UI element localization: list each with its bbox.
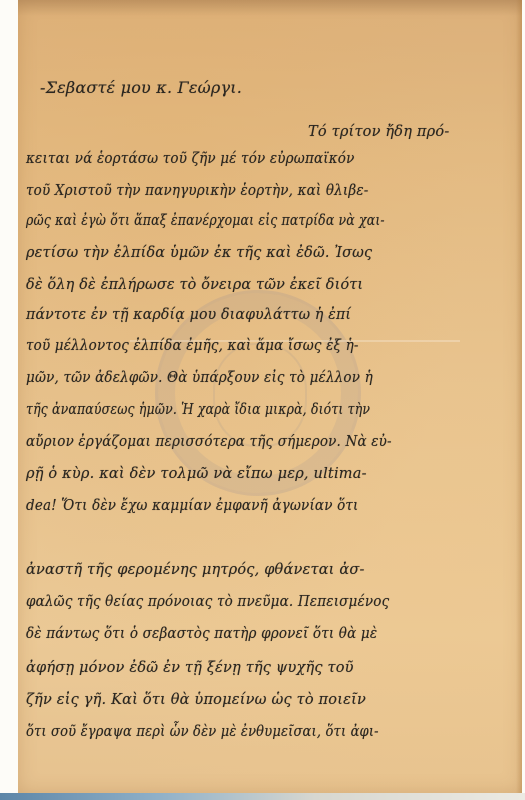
letter-line: ἀναστῆ τῆς φερομένης μητρός, φθάνεται ἀσ…	[26, 562, 365, 578]
letter-line: αὔριον ἐργάζομαι περισσότερα τῆς σήμερον…	[26, 434, 392, 450]
letter-line: τοῦ μέλλοντος ἐλπίδα ἐμῆς, καὶ ἅμα ἴσως …	[26, 338, 359, 354]
letter-line: dea! Ὅτι δὲν ἔχω καμμίαν ἐμφανῆ ἀγωνίαν …	[26, 498, 358, 514]
paper-top-shadow	[18, 0, 522, 16]
letter-line: ἀφήσῃ μόνον ἐδῶ ἐν τῇ ξένῃ τῆς ψυχῆς τοῦ	[26, 660, 354, 676]
letter-line: μῶν, τῶν ἀδελφῶν. Θὰ ὑπάρξουν εἰς τὸ μέλ…	[26, 370, 373, 386]
scan-bottom-edge	[0, 793, 525, 800]
paper-right-edge	[516, 0, 522, 793]
letter-line: πάντοτε ἐν τῇ καρδίᾳ μου διαφυλάττω ἡ ἐπ…	[26, 307, 351, 323]
letter-line: ὅτι σοῦ ἔγραψα περὶ ὧν δὲν μὲ ἐνθυμεῖσαι…	[26, 724, 379, 740]
letter-line: ρετίσω τὴν ἐλπίδα ὑμῶν ἐκ τῆς καὶ ἐδῶ. Ἰ…	[26, 245, 372, 261]
letter-line: τῆς ἀναπαύσεως ἡμῶν. Ἡ χαρὰ ἴδια μικρὰ, …	[26, 402, 370, 418]
letter-line: δὲ πάντως ὅτι ὁ σεβαστὸς πατὴρ φρονεῖ ὅτ…	[26, 626, 377, 642]
letter-line: τοῦ Χριστοῦ τὴν πανηγυρικὴν ἑορτὴν, καὶ …	[26, 183, 369, 199]
letter-line: κειται νά ἑορτάσω τοῦ ζῆν μέ τόν εὐρωπαϊ…	[26, 151, 354, 167]
stamp-inner-ring	[213, 343, 307, 447]
letter-line: ζῆν εἰς γῆ. Καὶ ὅτι θὰ ὑπομείνω ὡς τὸ πο…	[26, 692, 366, 708]
letter-line: φαλῶς τῆς θείας πρόνοιας τὸ πνεῦμα. Πεπε…	[26, 594, 389, 610]
letter-line: ρῇ ὁ κὺρ. καὶ δὲν τολμῶ νὰ εἴπω μερ, ult…	[26, 466, 367, 482]
letter-line: δὲ ὅλη δὲ ἐπλήρωσε τὸ ὄνειρα τῶν ἐκεῖ δι…	[26, 277, 363, 293]
letter-line: Τό τρίτον ἤδη πρό-	[308, 124, 449, 140]
letter-line: ρῶς καὶ ἐγὼ ὅτι ἅπαξ ἐπανέρχομαι εἰς πατ…	[26, 213, 385, 229]
scanned-page: -Σεβαστέ μου κ. Γεώργι. Τό τρίτον ἤδη πρ…	[0, 0, 525, 800]
letter-salutation: -Σεβαστέ μου κ. Γεώργι.	[40, 78, 242, 97]
